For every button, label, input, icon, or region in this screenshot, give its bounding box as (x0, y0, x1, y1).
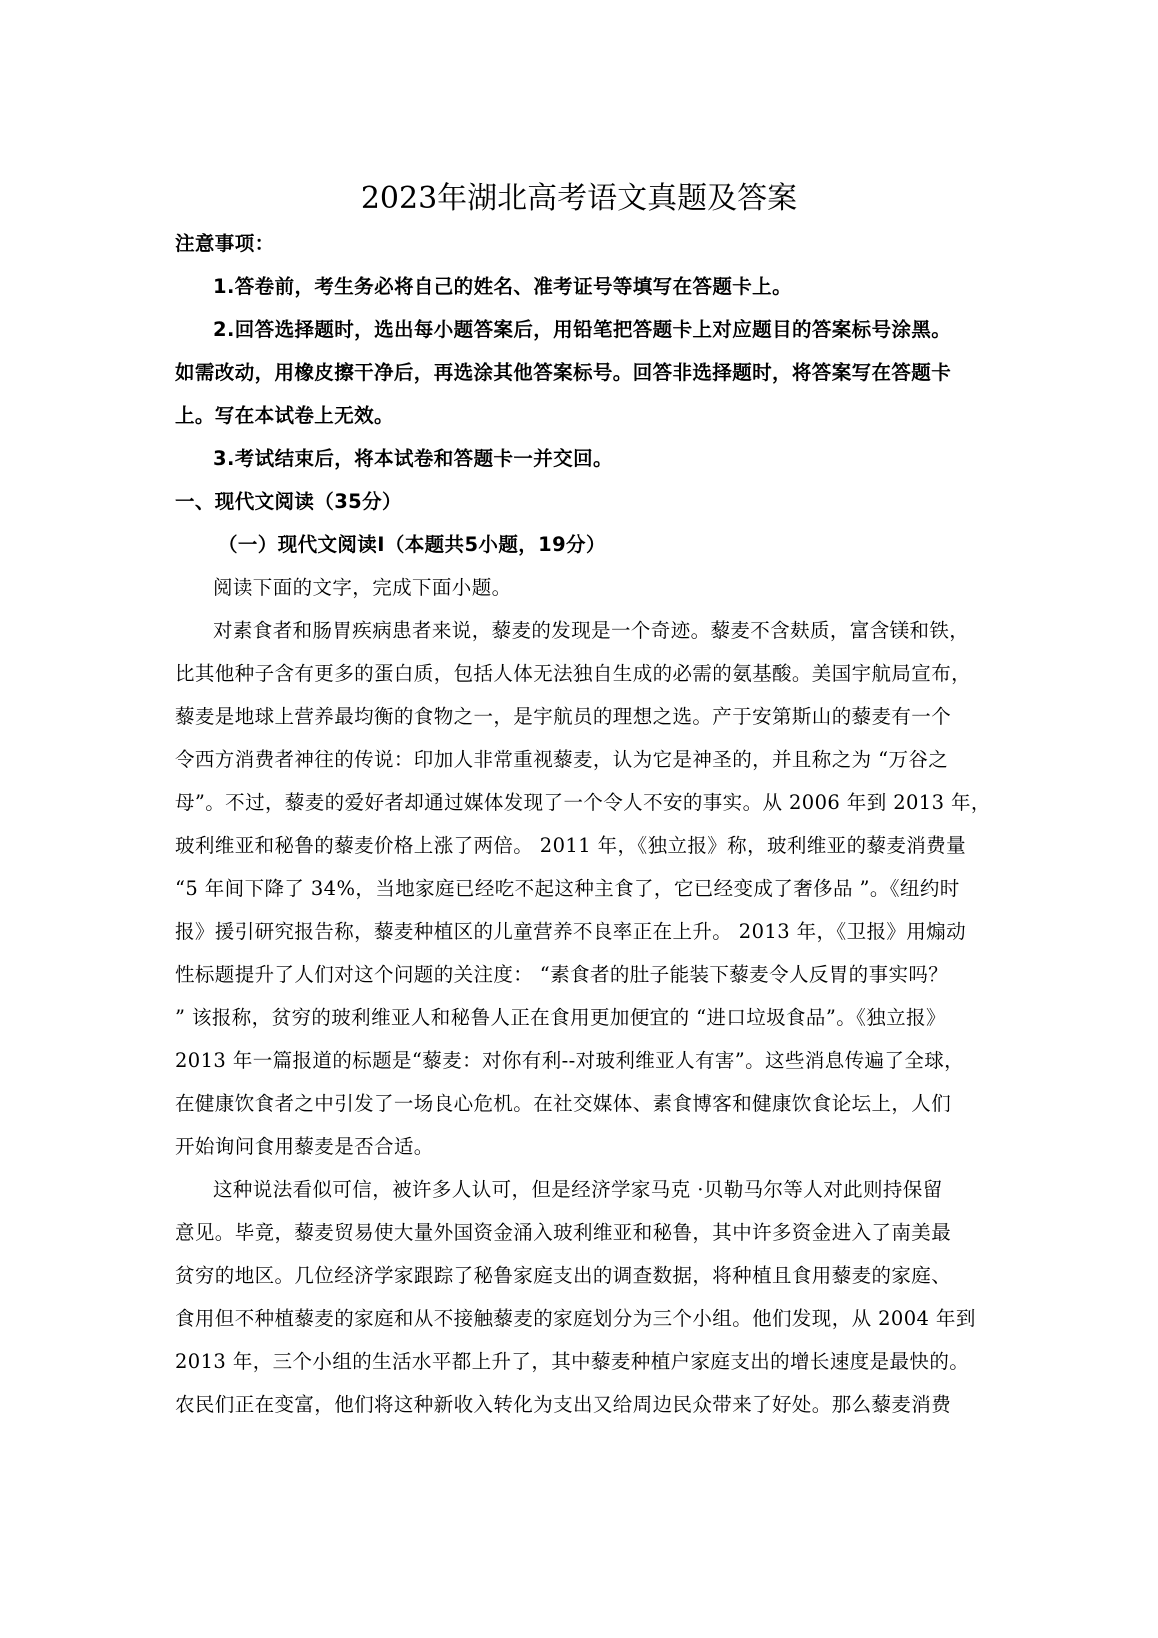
passage-line: “5 年间下降了 34%，当地家庭已经吃不起这种主食了，它已经变成了奢侈品 ”。… (175, 874, 990, 904)
passage-line: 2013 年一篇报道的标题是“藜麦：对你有利--对玻利维亚人有害”。这些消息传遍… (175, 1046, 990, 1076)
notice-item-2: 2.回答选择题时，选出每小题答案后，用铅笔把答题卡上对应题目的答案标号涂黑。 (213, 315, 1028, 345)
section-subheading: （一）现代文阅读Ⅰ（本题共5小题，19分） (218, 530, 1033, 560)
passage-line: 藜麦是地球上营养最均衡的食物之一，是宇航员的理想之选。产于安第斯山的藜麦有一个 (175, 702, 990, 732)
document-title: 2023年湖北高考语文真题及答案 (0, 179, 1158, 219)
passage-line: 农民们正在变富，他们将这种新收入转化为支出又给周边民众带来了好处。那么藜麦消费 (175, 1390, 990, 1420)
passage-line: 意见。毕竟，藜麦贸易使大量外国资金涌入玻利维亚和秘鲁，其中许多资金进入了南美最 (175, 1218, 990, 1248)
passage-line: 令西方消费者神往的传说：印加人非常重视藜麦，认为它是神圣的，并且称之为 “万谷之 (175, 745, 990, 775)
passage-line: 食用但不种植藜麦的家庭和从不接触藜麦的家庭划分为三个小组。他们发现，从 2004… (175, 1304, 990, 1334)
notice-item-2-cont: 如需改动，用橡皮擦干净后，再选涂其他答案标号。回答非选择题时，将答案写在答题卡 (175, 358, 990, 388)
passage-line: 在健康饮食者之中引发了一场良心危机。在社交媒体、素食博客和健康饮食论坛上，人们 (175, 1089, 990, 1119)
section-heading: 一、现代文阅读（35分） (175, 487, 990, 517)
passage-line: 贫穷的地区。几位经济学家跟踪了秘鲁家庭支出的调查数据，将种植且食用藜麦的家庭、 (175, 1261, 990, 1291)
passage-line: 这种说法看似可信，被许多人认可，但是经济学家马克 ·贝勒马尔等人对此则持保留 (213, 1175, 1028, 1205)
passage-line: 比其他种子含有更多的蛋白质，包括人体无法独自生成的必需的氨基酸。美国宇航局宣布， (175, 659, 990, 689)
passage-line: 开始询问食用藜麦是否合适。 (175, 1132, 990, 1162)
passage-line: 2013 年，三个小组的生活水平都上升了，其中藜麦种植户家庭支出的增长速度是最快… (175, 1347, 990, 1377)
passage-line: 报》援引研究报告称，藜麦种植区的儿童营养不良率正在上升。 2013 年，《卫报》… (175, 917, 990, 947)
passage-line: 对素食者和肠胃疾病患者来说，藜麦的发现是一个奇迹。藜麦不含麸质，富含镁和铁， (213, 616, 1028, 646)
passage-line: 母”。不过，藜麦的爱好者却通过媒体发现了一个令人不安的事实。从 2006 年到 … (175, 788, 990, 818)
notice-item-2-end: 上。写在本试卷上无效。 (175, 401, 990, 431)
reading-instruction: 阅读下面的文字，完成下面小题。 (213, 573, 1028, 603)
document-page: 2023年湖北高考语文真题及答案 注意事项： 1.答卷前，考生务必将自己的姓名、… (0, 0, 1158, 1638)
passage-line: ” 该报称，贫穷的玻利维亚人和秘鲁人正在食用更加便宜的 “进口垃圾食品”。《独立… (175, 1003, 990, 1033)
passage-line: 性标题提升了人们对这个问题的关注度： “素食者的肚子能装下藜麦令人反胃的事实吗？ (175, 960, 990, 990)
notice-item-3: 3.考试结束后，将本试卷和答题卡一并交回。 (213, 444, 1028, 474)
notice-item-1: 1.答卷前，考生务必将自己的姓名、准考证号等填写在答题卡上。 (213, 272, 1028, 302)
passage-line: 玻利维亚和秘鲁的藜麦价格上涨了两倍。 2011 年，《独立报》称，玻利维亚的藜麦… (175, 831, 990, 861)
notice-heading: 注意事项： (175, 229, 990, 259)
